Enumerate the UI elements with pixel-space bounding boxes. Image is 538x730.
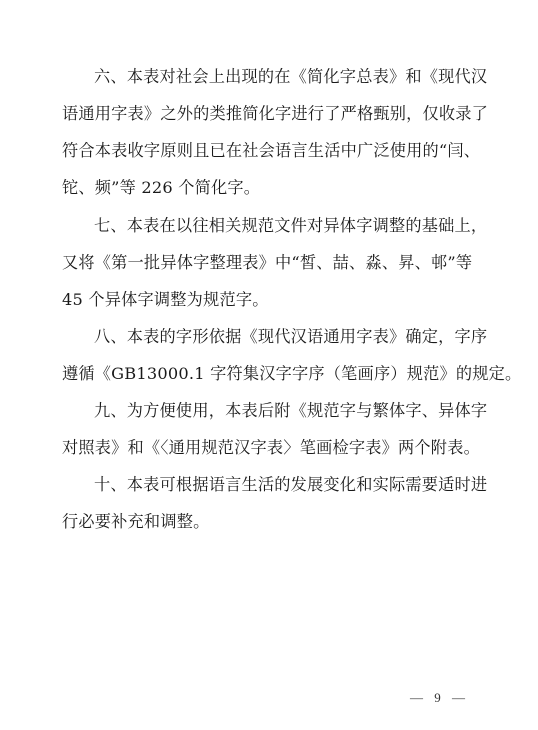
document-page: 六、本表对社会上出现的在《简化字总表》和《现代汉 语通用字表》之外的类推简化字进… — [0, 0, 538, 730]
text-line: 铊、频”等 226 个简化字。 — [62, 169, 482, 206]
paragraph-7: 七、本表在以往相关规范文件对异体字调整的基础上， 又将《第一批异体字整理表》中“… — [62, 207, 482, 318]
paragraph-9: 九、为方便使用，本表后附《规范字与繁体字、异体字 对照表》和《〈通用规范汉字表〉… — [62, 392, 482, 466]
paragraph-10: 十、本表可根据语言生活的发展变化和实际需要适时进 行必要补充和调整。 — [62, 466, 482, 540]
text-line: 八、本表的字形依据《现代汉语通用字表》确定，字序 — [62, 318, 482, 355]
text-line: 45 个异体字调整为规范字。 — [62, 281, 482, 318]
paragraph-8: 八、本表的字形依据《现代汉语通用字表》确定，字序 遵循《GB13000.1 字符… — [62, 318, 482, 392]
text-line: 七、本表在以往相关规范文件对异体字调整的基础上， — [62, 207, 482, 244]
text-line: 遵循《GB13000.1 字符集汉字字序（笔画序）规范》的规定。 — [62, 355, 482, 392]
text-line: 对照表》和《〈通用规范汉字表〉笔画检字表》两个附表。 — [62, 429, 482, 466]
paragraph-6: 六、本表对社会上出现的在《简化字总表》和《现代汉 语通用字表》之外的类推简化字进… — [62, 58, 482, 206]
text-line: 六、本表对社会上出现的在《简化字总表》和《现代汉 — [62, 58, 482, 95]
text-line: 行必要补充和调整。 — [62, 503, 482, 540]
page-number: — 9 — — [410, 690, 469, 706]
text-line: 又将《第一批异体字整理表》中“皙、喆、淼、昇、邨”等 — [62, 244, 482, 281]
text-line: 符合本表收字原则且已在社会语言生活中广泛使用的“闫、 — [62, 132, 482, 169]
text-line: 语通用字表》之外的类推简化字进行了严格甄别，仅收录了 — [62, 95, 482, 132]
text-line: 九、为方便使用，本表后附《规范字与繁体字、异体字 — [62, 392, 482, 429]
text-line: 十、本表可根据语言生活的发展变化和实际需要适时进 — [62, 466, 482, 503]
